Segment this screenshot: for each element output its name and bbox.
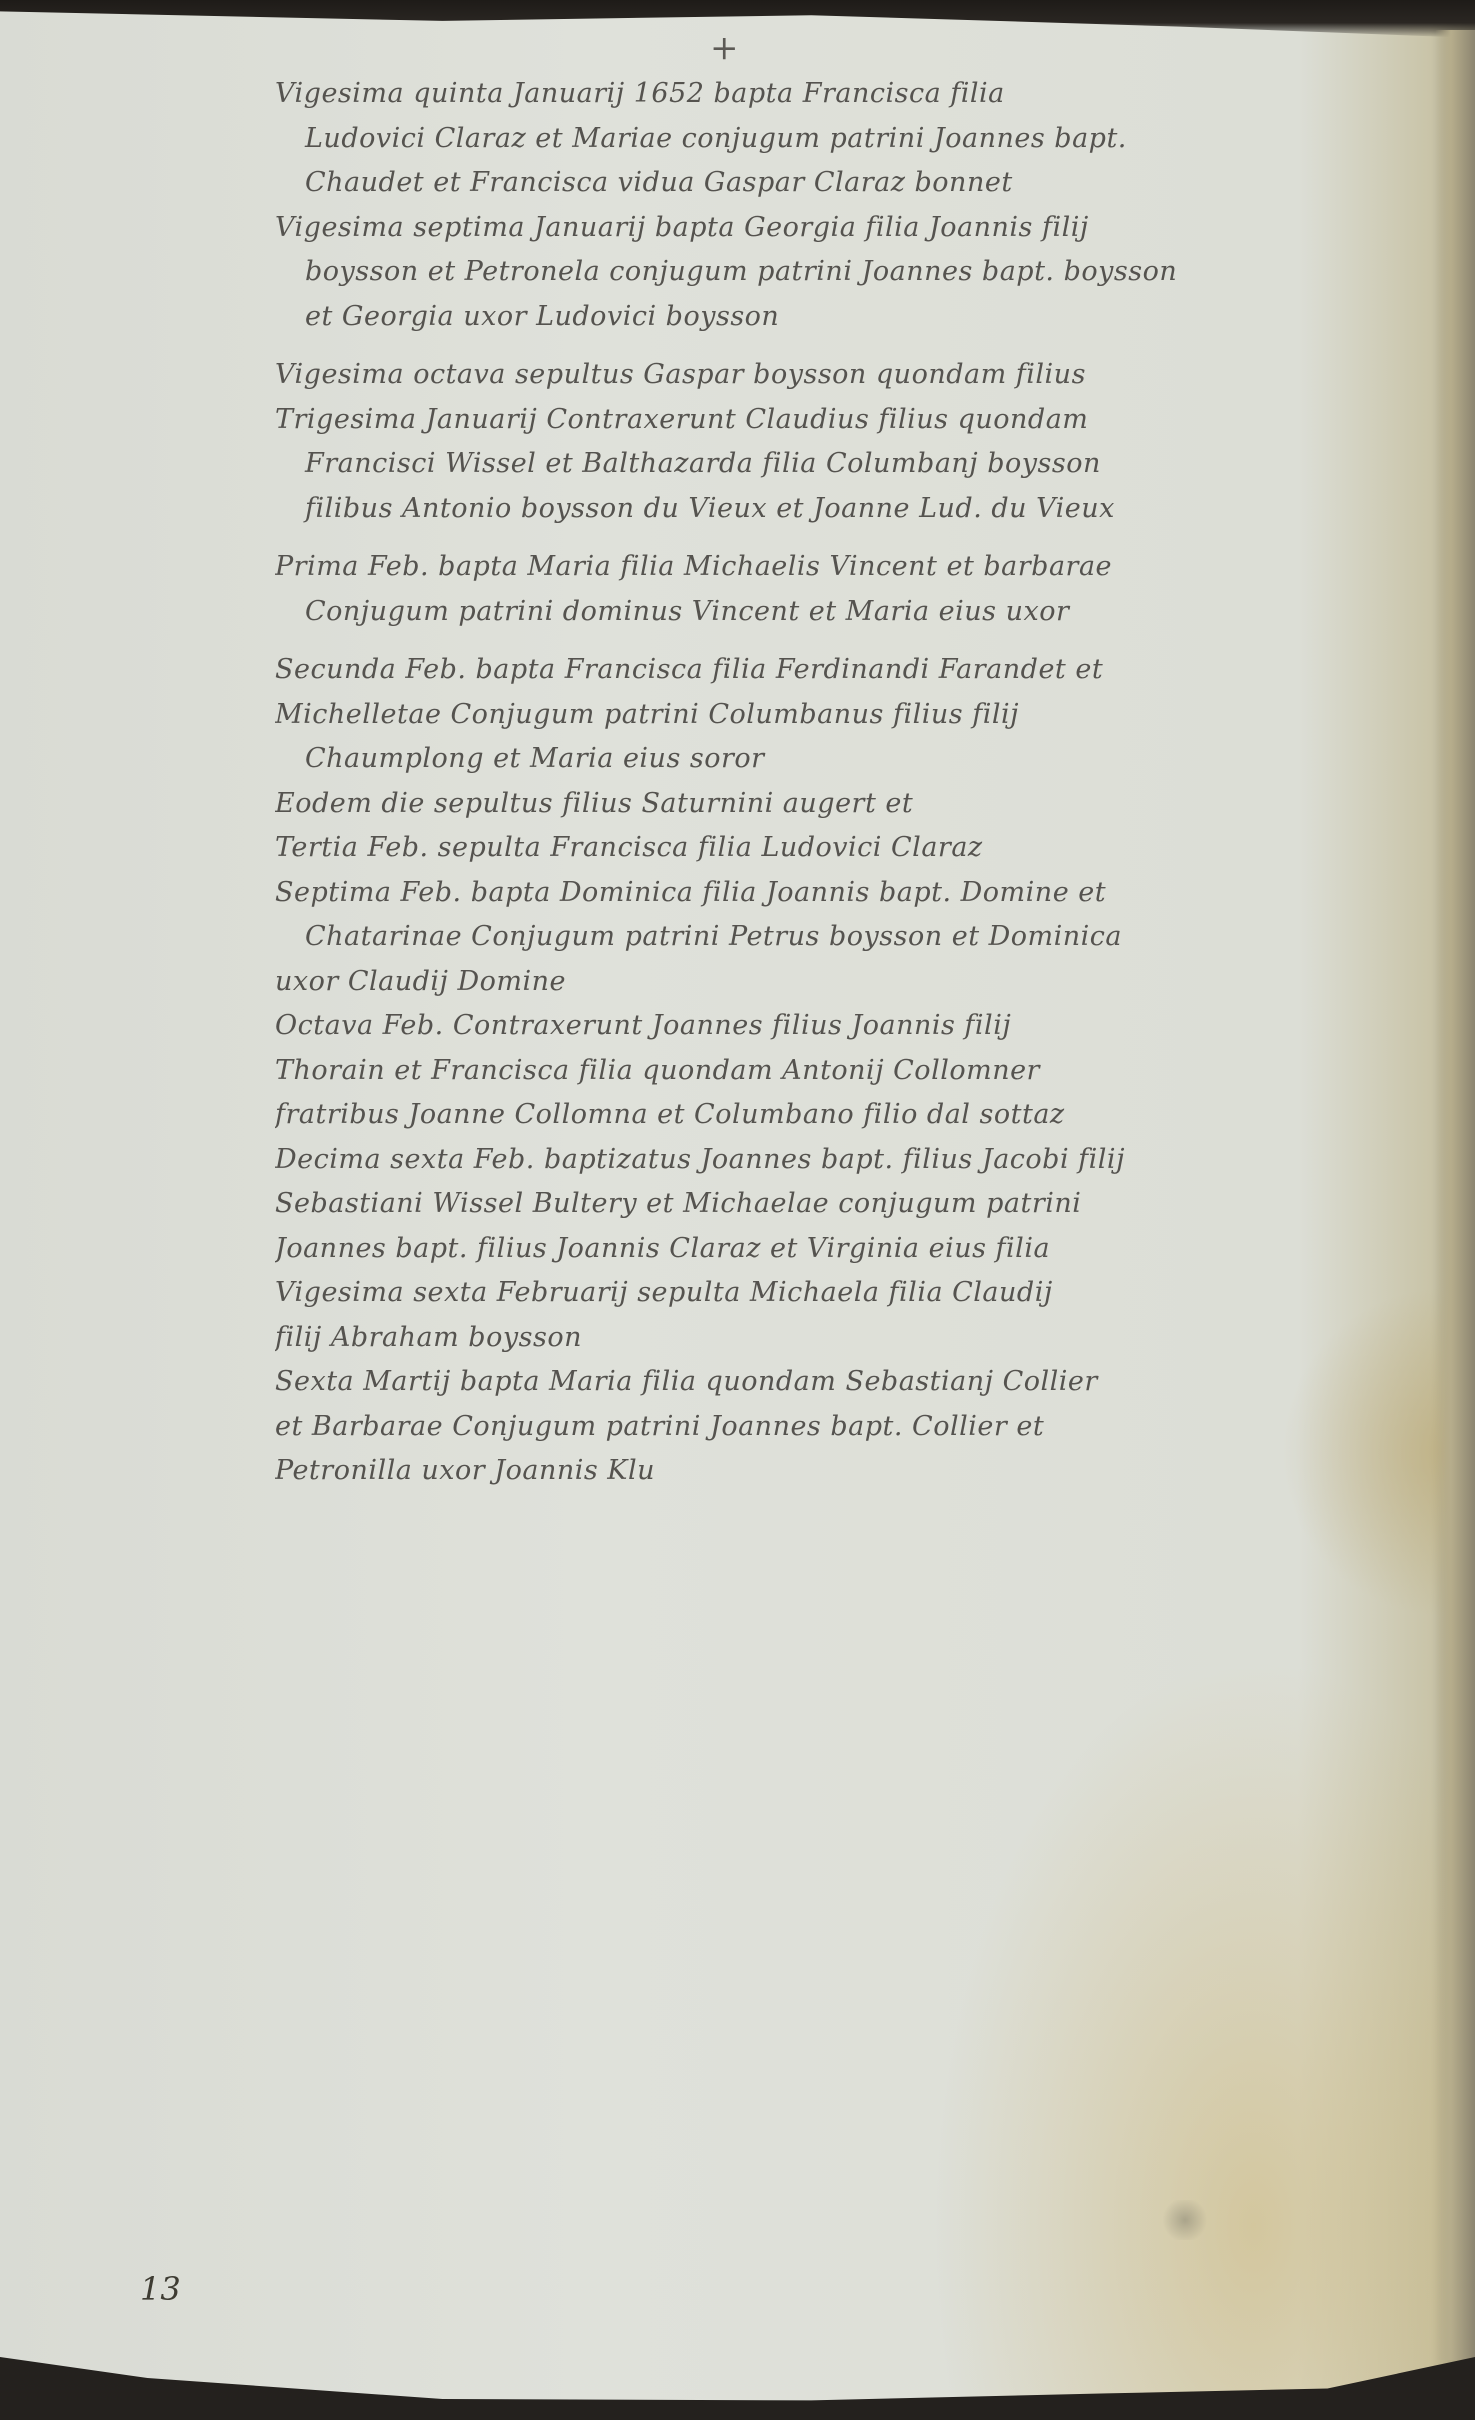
text-line: Thorain et Francisca filia quondam Anton… [275, 1049, 1425, 1094]
text-line: Vigesima septima Januarij bapta Georgia … [275, 206, 1425, 251]
ink-smudge [1160, 2200, 1210, 2240]
text-line: Trigesima Januarij Contraxerunt Claudius… [275, 398, 1425, 443]
text-line: Ludovici Claraz et Mariae conjugum patri… [275, 117, 1425, 162]
text-line: Octava Feb. Contraxerunt Joannes filius … [275, 1004, 1425, 1049]
text-line: Chaudet et Francisca vidua Gaspar Claraz… [275, 161, 1425, 206]
text-line: filij Abraham boysson [275, 1316, 1425, 1361]
text-line: fratribus Joanne Collomna et Columbano f… [275, 1093, 1425, 1138]
text-line: Sebastiani Wissel Bultery et Michaelae c… [275, 1182, 1425, 1227]
text-line: boysson et Petronela conjugum patrini Jo… [275, 250, 1425, 295]
text-line: Conjugum patrini dominus Vincent et Mari… [275, 590, 1425, 635]
text-line: Decima sexta Feb. baptizatus Joannes bap… [275, 1138, 1425, 1183]
text-line: Sexta Martij bapta Maria filia quondam S… [275, 1360, 1425, 1405]
text-line: Vigesima quinta Januarij 1652 bapta Fran… [275, 72, 1425, 117]
document-scan: + Vigesima quinta Januarij 1652 bapta Fr… [0, 0, 1475, 2420]
text-line: Vigesima octava sepultus Gaspar boysson … [275, 353, 1425, 398]
text-line: Tertia Feb. sepulta Francisca filia Ludo… [275, 826, 1425, 871]
text-line: Joannes bapt. filius Joannis Claraz et V… [275, 1227, 1425, 1272]
cross-mark: + [710, 28, 739, 68]
text-line: Michelletae Conjugum patrini Columbanus … [275, 693, 1425, 738]
text-line: Secunda Feb. bapta Francisca filia Ferdi… [275, 648, 1425, 693]
text-line: Petronilla uxor Joannis Klu [275, 1449, 1425, 1494]
page-bottom-shadow [0, 2350, 1475, 2420]
register-text: Vigesima quinta Januarij 1652 bapta Fran… [275, 72, 1425, 1494]
text-line: et Georgia uxor Ludovici boysson [275, 295, 1425, 340]
text-line: Chatarinae Conjugum patrini Petrus boyss… [275, 915, 1425, 960]
text-line: filibus Antonio boysson du Vieux et Joan… [275, 487, 1425, 532]
text-line: Chaumplong et Maria eius soror [275, 737, 1425, 782]
text-line: Prima Feb. bapta Maria filia Michaelis V… [275, 545, 1425, 590]
text-line: Septima Feb. bapta Dominica filia Joanni… [275, 871, 1425, 916]
text-line: Vigesima sexta Februarij sepulta Michael… [275, 1271, 1425, 1316]
page-right-edge [1435, 30, 1475, 2360]
text-line: Eodem die sepultus filius Saturnini auge… [275, 782, 1425, 827]
text-line: uxor Claudij Domine [275, 960, 1425, 1005]
folio-number: 13 [140, 2270, 181, 2308]
text-line: Francisci Wissel et Balthazarda filia Co… [275, 442, 1425, 487]
text-line: et Barbarae Conjugum patrini Joannes bap… [275, 1405, 1425, 1450]
